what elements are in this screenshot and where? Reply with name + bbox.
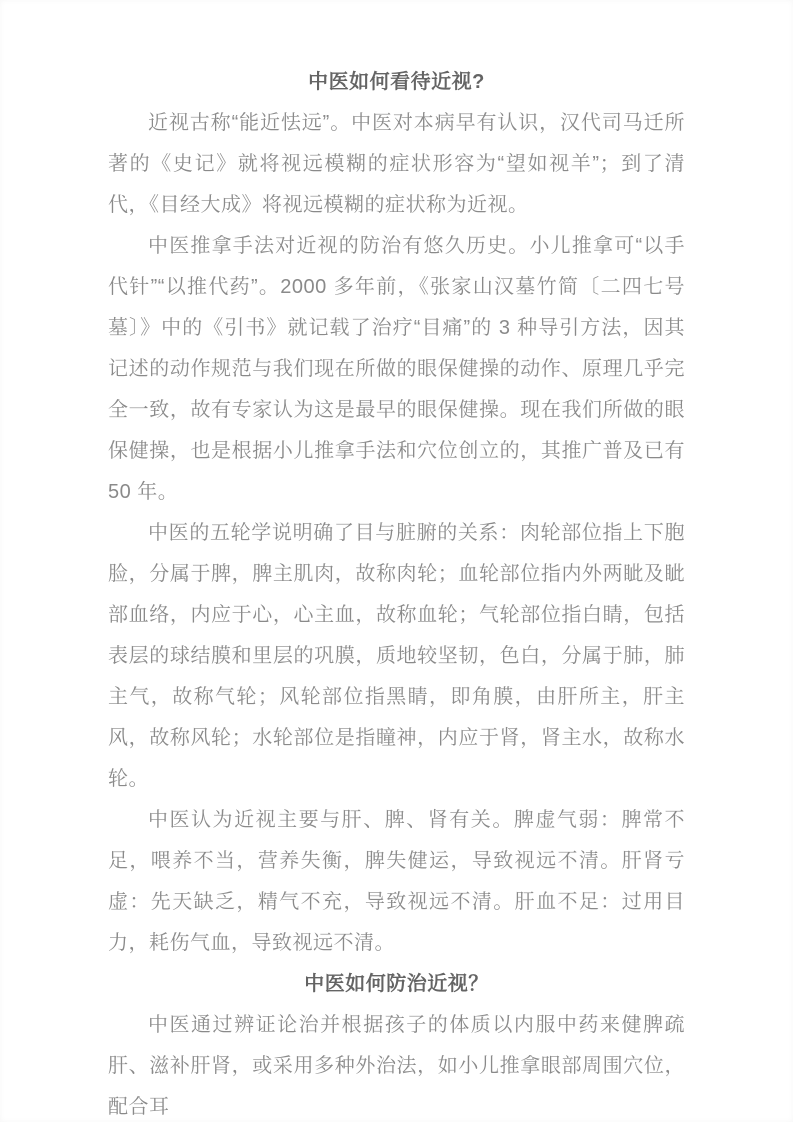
paragraph: 中医认为近视主要与肝、脾、肾有关。脾虚气弱：脾常不足，喂养不当，营养失衡，脾失健… [108, 800, 685, 964]
paragraph: 中医的五轮学说明确了目与脏腑的关系：肉轮部位指上下胞脸，分属于脾，脾主肌肉，故称… [108, 513, 685, 800]
paragraph: 中医推拿手法对近视的防治有悠久历史。小儿推拿可“以手代针”“以推代药”。2000… [108, 226, 685, 513]
document-page: 中医如何看待近视? 近视古称“能近怯远”。中医对本病早有认识，汉代司马迁所著的《… [0, 0, 793, 1122]
paragraph: 近视古称“能近怯远”。中医对本病早有认识，汉代司马迁所著的《史记》就将视远模糊的… [108, 103, 685, 226]
paragraph: 中医通过辨证论治并根据孩子的体质以内服中药来健脾疏肝、滋补肝肾，或采用多种外治法… [108, 1005, 685, 1122]
section2-heading: 中医如何防治近视？ [108, 964, 685, 1005]
section1-heading: 中医如何看待近视? [108, 62, 685, 103]
